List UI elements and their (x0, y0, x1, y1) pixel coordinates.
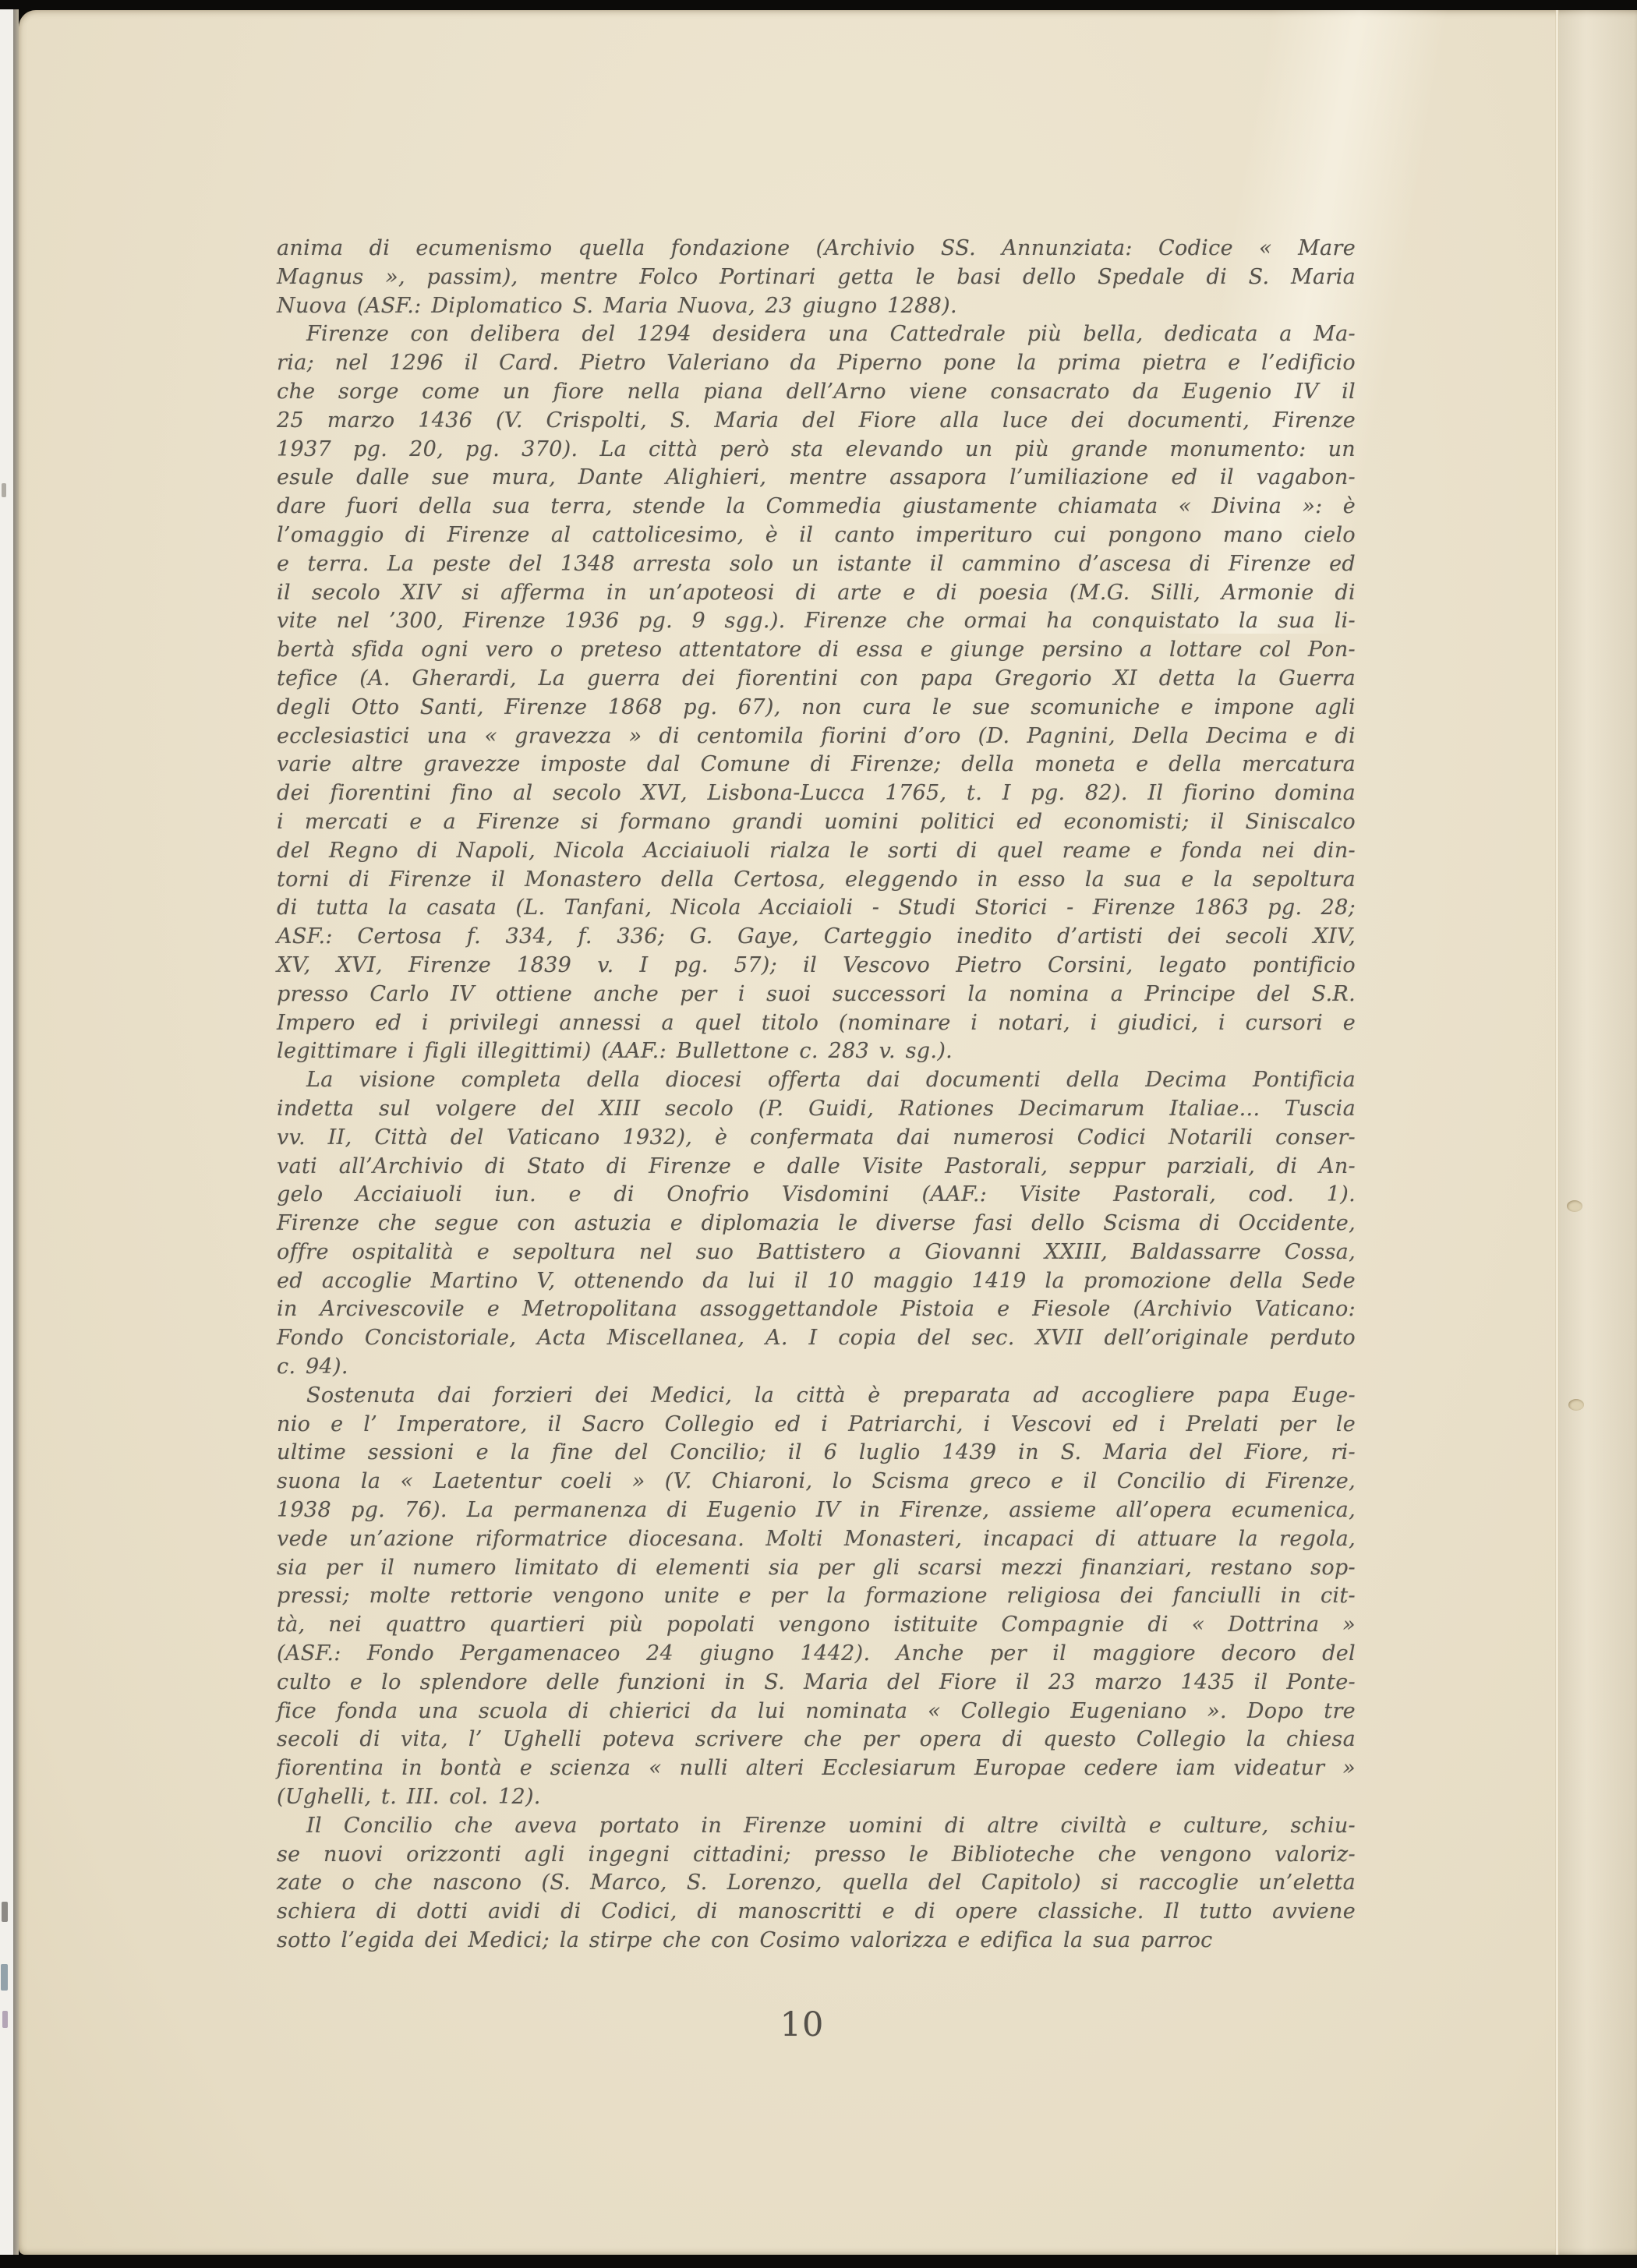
text-line: l’omaggio di Firenze al cattolicesimo, è… (277, 521, 1356, 550)
text-line: ria; nel 1296 il Card. Pietro Valeriano … (277, 349, 1356, 378)
binding-crease (1555, 10, 1559, 2255)
text-line: XV, XVI, Firenze 1839 v. I pg. 57); il V… (277, 952, 1356, 980)
text-line: presso Carlo IV ottiene anche per i suoi… (277, 980, 1356, 1009)
text-line: dare fuori della sua terra, stende la Co… (277, 493, 1356, 521)
text-line: 1937 pg. 20, pg. 370). La città però sta… (277, 436, 1356, 465)
text-line: vede un’azione riformatrice diocesana. M… (277, 1525, 1356, 1554)
text-line: Magnus », passim), mentre Folco Portinar… (277, 263, 1356, 292)
text-line: 1938 pg. 76). La permanenza di Eugenio I… (277, 1496, 1356, 1525)
binding-gutter (1559, 10, 1637, 2255)
text-line: torni di Firenze il Monastero della Cert… (277, 866, 1356, 895)
paragraph: Il Concilio che aveva portato in Firenze… (277, 1812, 1356, 1955)
text-line: tà, nei quattro quartieri più popolati v… (277, 1611, 1356, 1640)
page-edge-shadow (13, 9, 19, 2255)
scanned-page-photo: anima di ecumenismo quella fondazione (A… (0, 0, 1637, 2268)
text-line: indetta sul volgere del XIII secolo (P. … (277, 1095, 1356, 1124)
text-line: fice fonda una scuola di chierici da lui… (277, 1697, 1356, 1726)
text-line: in Arcivescovile e Metropolitana assogge… (277, 1295, 1356, 1324)
paragraph: anima di ecumenismo quella fondazione (A… (277, 235, 1356, 320)
text-line: (ASF.: Fondo Pergamenaceo 24 giugno 1442… (277, 1640, 1356, 1669)
stitch-hole (1568, 1399, 1584, 1411)
text-line: Fondo Concistoriale, Acta Miscellanea, A… (277, 1324, 1356, 1353)
stitch-hole (1567, 1200, 1582, 1212)
text-line: suona la « Laetentur coeli » (V. Chiaron… (277, 1468, 1356, 1496)
text-line: esule dalle sue mura, Dante Alighieri, m… (277, 464, 1356, 493)
page-edge-mark (2, 483, 6, 497)
paragraph: Sostenuta dai forzieri dei Medici, la ci… (277, 1382, 1356, 1812)
text-line: varie altre gravezze imposte dal Comune … (277, 751, 1356, 779)
text-line: sotto l’egida dei Medici; la stirpe che … (277, 1927, 1356, 1955)
text-line: c. 94). (277, 1353, 1356, 1382)
text-line: vati all’Archivio di Stato di Firenze e … (277, 1153, 1356, 1182)
text-line: Nuova (ASF.: Diplomatico S. Maria Nuova,… (277, 292, 1356, 321)
book-page: anima di ecumenismo quella fondazione (A… (19, 10, 1637, 2255)
text-line: il secolo XIV si afferma in un’apoteosi … (277, 579, 1356, 608)
text-line: zate o che nascono (S. Marco, S. Lorenzo… (277, 1869, 1356, 1898)
text-line: i mercati e a Firenze si formano grandi … (277, 808, 1356, 837)
text-line: Il Concilio che aveva portato in Firenze… (277, 1812, 1356, 1841)
text-line: La visione completa della diocesi offert… (277, 1066, 1356, 1095)
text-line: sia per il numero limitato di elementi s… (277, 1554, 1356, 1583)
text-line: se nuovi orizzonti agli ingegni cittadin… (277, 1841, 1356, 1870)
text-line: degli Otto Santi, Firenze 1868 pg. 67), … (277, 694, 1356, 722)
text-line: tefice (A. Gherardi, La guerra dei fiore… (277, 665, 1356, 694)
text-line: pressi; molte rettorie vengono unite e p… (277, 1582, 1356, 1611)
text-line: di tutta la casata (L. Tanfani, Nicola A… (277, 894, 1356, 923)
text-line: schiera di dotti avidi di Codici, di man… (277, 1898, 1356, 1927)
text-line: che sorge come un fiore nella piana dell… (277, 378, 1356, 407)
text-line: anima di ecumenismo quella fondazione (A… (277, 235, 1356, 263)
text-line: nio e l’ Imperatore, il Sacro Collegio e… (277, 1411, 1356, 1440)
text-block: anima di ecumenismo quella fondazione (A… (277, 235, 1356, 1955)
text-line: legittimare i figli illegittimi) (AAF.: … (277, 1037, 1356, 1066)
text-line: gelo Acciaiuoli iun. e di Onofrio Visdom… (277, 1181, 1356, 1210)
text-line: ASF.: Certosa f. 334, f. 336; G. Gaye, C… (277, 923, 1356, 952)
text-line: vite nel ’300, Firenze 1936 pg. 9 sgg.).… (277, 607, 1356, 636)
text-line: ecclesiastici una « gravezza » di centom… (277, 722, 1356, 751)
text-line: 25 marzo 1436 (V. Crispolti, S. Maria de… (277, 407, 1356, 436)
text-line: del Regno di Napoli, Nicola Acciaiuoli r… (277, 837, 1356, 866)
text-line: offre ospitalità e sepoltura nel suo Bat… (277, 1238, 1356, 1267)
text-line: fiorentina in bontà e scienza « nulli al… (277, 1754, 1356, 1783)
page-edge-mark (2, 1902, 8, 1922)
text-line: e terra. La peste del 1348 arresta solo … (277, 550, 1356, 579)
text-line: dei fiorentini fino al secolo XVI, Lisbo… (277, 779, 1356, 808)
text-line: bertà sfida ogni vero o preteso attentat… (277, 636, 1356, 665)
text-line: Sostenuta dai forzieri dei Medici, la ci… (277, 1382, 1356, 1411)
text-line: vv. II, Città del Vaticano 1932), è conf… (277, 1124, 1356, 1153)
page-edge-mark (2, 2011, 8, 2028)
text-line: ed accoglie Martino V, ottenendo da lui … (277, 1267, 1356, 1296)
page-edge-mark (1, 1964, 8, 1991)
text-line: Impero ed i privilegi annessi a quel tit… (277, 1009, 1356, 1038)
text-line: culto e lo splendore delle funzioni in S… (277, 1669, 1356, 1697)
paragraph: Firenze con delibera del 1294 desidera u… (277, 320, 1356, 1066)
text-line: ultime sessioni e la fine del Concilio; … (277, 1439, 1356, 1468)
text-line: Firenze con delibera del 1294 desidera u… (277, 320, 1356, 349)
page-number: 10 (263, 2005, 1342, 2044)
text-line: Firenze che segue con astuzia e diplomaz… (277, 1210, 1356, 1238)
text-line: (Ughelli, t. III. col. 12). (277, 1783, 1356, 1812)
paragraph: La visione completa della diocesi offert… (277, 1066, 1356, 1382)
text-line: secoli di vita, l’ Ughelli poteva scrive… (277, 1726, 1356, 1754)
